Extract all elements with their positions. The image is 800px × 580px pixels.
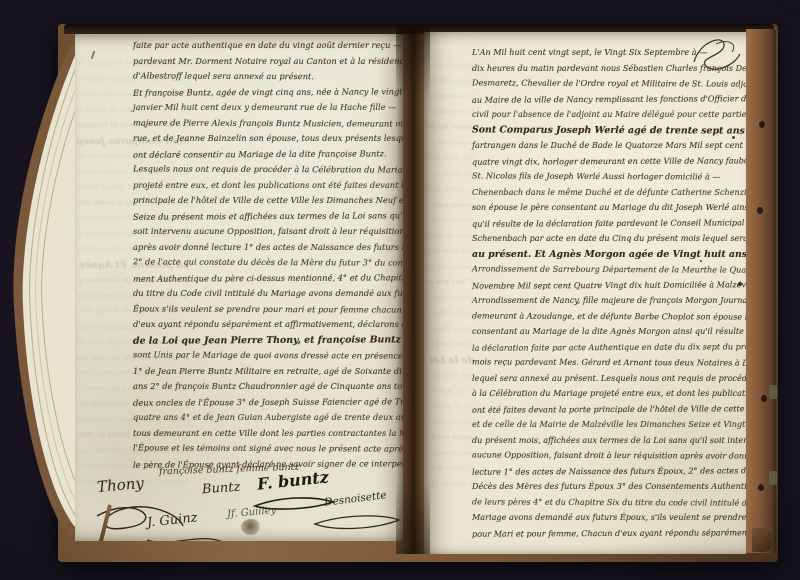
manuscript-line: Arrondissement de Sarrebourg Département… bbox=[472, 261, 746, 278]
ghost-line: après avoir donné lecture 1° des actes d… bbox=[428, 260, 474, 276]
manuscript-line: faite par acte authentique en date du vi… bbox=[133, 38, 401, 54]
binding-hole bbox=[758, 484, 764, 491]
ghost-line: d'Albestroff lequel sera annexé au prése… bbox=[428, 89, 474, 105]
ghost-line: majeure de Pierre Alexis françois Buntz … bbox=[428, 135, 474, 151]
left-page: L'An Mil huit cent vingt sept, le Vingt … bbox=[75, 34, 403, 541]
ghost-line: projeté entre eux, et dont les publicati… bbox=[428, 198, 474, 214]
manuscript-line: dix heures du matin pardevant nous Sébas… bbox=[472, 61, 746, 77]
ghost-line: Époux s'ils veulent se prendre pour mari… bbox=[428, 321, 474, 337]
ghost-line: le père de l'Épouse ayant déclaré ne sav… bbox=[428, 476, 474, 492]
ghost-line: Et françoise Buntz, agée de vingt cinq a… bbox=[428, 104, 474, 120]
binding-clasp bbox=[769, 471, 777, 485]
right-page-text: L'An Mil huit cent vingt sept, le Vingt … bbox=[472, 45, 746, 541]
manuscript-line: 2° de l'acte qui constate du décès de la… bbox=[133, 254, 401, 271]
manuscript-line: ans 2° de françois Buntz Chaudronnier ag… bbox=[133, 379, 401, 395]
ghost-line: Lesquels nous ont requis de procéder à l… bbox=[428, 182, 474, 198]
manuscript-line: du titre du Code civil intitulé du Maria… bbox=[133, 286, 401, 302]
manuscript-line: Mariage avons demandé aux futurs Époux, … bbox=[472, 510, 746, 526]
manuscript-line: mois reçu pardevant Mes. Gérard et Arnan… bbox=[472, 354, 746, 371]
ghost-line: soit intervenu aucune Opposition, faisan… bbox=[428, 244, 474, 260]
manuscript-line: d'eux ayant répondu séparément et affirm… bbox=[133, 317, 401, 333]
manuscript-line: de leurs pères 4° et du Chapitre Six du … bbox=[472, 494, 746, 511]
manuscript-line: pardevant Mr. Dorment Notaire royal au C… bbox=[133, 54, 401, 70]
manuscript-line: lequel sera annexé au présent. Lesquels … bbox=[472, 371, 746, 387]
manuscript-line: deux oncles de l'Épouse 3° de Joseph Sui… bbox=[133, 394, 401, 411]
manuscript-line: quatre vingt dix, horloger demeurant en … bbox=[472, 153, 746, 170]
binding-clasp bbox=[769, 385, 777, 399]
ghost-line: pardevant Mr. Dorment Notaire royal au C… bbox=[428, 74, 474, 90]
signature-swash-icon bbox=[145, 530, 225, 541]
ghost-line: 1° de Jean Pierre Buntz Militaire en ret… bbox=[428, 384, 474, 400]
ghost-line: ment Authentique du père ci-dessus menti… bbox=[428, 290, 474, 306]
manuscript-line: Arrondissement de Nancy, fille majeure d… bbox=[472, 293, 746, 309]
manuscript-line: demeurant à Azoudange, et de défunte Bar… bbox=[472, 308, 746, 325]
photo-stage: L'An Mil huit cent vingt sept, le Vingt … bbox=[0, 0, 800, 580]
manuscript-line: Et françoise Buntz, agée de vingt cinq a… bbox=[133, 84, 401, 101]
manuscript-line: St. Nicolas fils de Joseph Werlé Aussi h… bbox=[472, 168, 746, 185]
manuscript-line: aucune Opposition, faisant droit à leur … bbox=[472, 447, 746, 464]
manuscript-line: consentant au Mariage de la dite Agnès M… bbox=[472, 324, 746, 340]
ghost-line: d'eux ayant répondu séparément et affirm… bbox=[428, 337, 474, 353]
ghost-line: sont Unis par le Mariage de quoi avons d… bbox=[428, 368, 474, 384]
manuscript-line: soit intervenu aucune Opposition, faisan… bbox=[133, 224, 401, 240]
manuscript-line: du présent mois, affichées aux termes de… bbox=[472, 433, 746, 449]
manuscript-line: d'Albestroff lequel sera annexé au prése… bbox=[133, 68, 401, 85]
manuscript-line: Décès des Mères des futurs Époux 3° des … bbox=[472, 479, 746, 495]
signature-buntz: Buntz bbox=[202, 480, 241, 498]
signature-guinz: J. Guinz bbox=[146, 510, 198, 530]
ghost-line: faite par acte authentique en date du vi… bbox=[428, 58, 474, 74]
binding-hole bbox=[759, 121, 765, 128]
manuscript-line: la déclaration faite par acte Authentiqu… bbox=[472, 339, 746, 356]
manuscript-line: de la Loi que Jean Pierre Thony, et fran… bbox=[133, 332, 401, 349]
manuscript-line: ment Authentique du père ci-dessus menti… bbox=[133, 270, 401, 287]
ghost-line: de la Loi que Jean Pierre Thony, et fran… bbox=[428, 352, 474, 368]
manuscript-line: au Maire de la ville de Nancy remplissan… bbox=[472, 91, 746, 108]
book-binding-right-edge bbox=[746, 29, 776, 553]
manuscript-line: sont Unis par le Mariage de quoi avons d… bbox=[133, 347, 401, 364]
manuscript-line: rue, et de Jeanne Bainzelin son épouse, … bbox=[133, 131, 401, 147]
manuscript-line: Chenenbach dans le même Duché et de défu… bbox=[472, 185, 746, 201]
manuscript-line: ont été faites devant la porte principal… bbox=[472, 401, 746, 418]
manuscript-line: civil pour l'absence de l'adjoint au Mai… bbox=[472, 107, 746, 123]
manuscript-line: fartrangen dans le Duché de Bade le Quat… bbox=[472, 138, 746, 154]
ghost-line: 2° de l'acte qui constate du décès de la… bbox=[428, 275, 474, 291]
manuscript-line: Époux s'ils veulent se prendre pour mari… bbox=[133, 301, 401, 318]
ghost-line: deux oncles de l'Épouse 3° de Joseph Sui… bbox=[428, 414, 474, 430]
manuscript-line: au présent. Et Agnès Morgon agée de Ving… bbox=[472, 247, 746, 263]
manuscript-line: lecture 1° des actes de Naissance des fu… bbox=[472, 463, 746, 480]
manuscript-line: et de celle de la Mairie de Malzéville l… bbox=[472, 417, 746, 433]
manuscript-line: à la Célébration du Mariage projeté entr… bbox=[472, 386, 746, 402]
left-page-text: faite par acte authentique en date du vi… bbox=[133, 38, 401, 472]
manuscript-line: Seize du présent mois et affichées aux t… bbox=[133, 208, 401, 225]
manuscript-line: quatre ans 4° et de Jean Guian Aubergist… bbox=[133, 410, 401, 426]
signature-desnoisette: Desnoisette bbox=[324, 489, 388, 509]
ghost-line: ans 2° de françois Buntz Chaudronnier ag… bbox=[428, 399, 474, 415]
manuscript-line: son épouse le père consentant au Mariage… bbox=[472, 200, 746, 216]
ink-blot bbox=[241, 519, 261, 535]
manuscript-line: principale de l'hôtel de Ville de cette … bbox=[133, 193, 401, 209]
signature-guilley: Jf. Guilley bbox=[227, 505, 277, 520]
manuscript-line: janvier Mil huit cent deux y demeurant r… bbox=[133, 100, 401, 116]
signature-thony: Thony bbox=[96, 474, 144, 496]
ink-speck bbox=[732, 136, 735, 139]
manuscript-line: projeté entre eux, et dont les publicati… bbox=[133, 178, 401, 194]
ghost-line: du titre du Code civil intitulé du Maria… bbox=[428, 306, 474, 322]
right-page-bleedthrough: faite par acte authentique en date du vi… bbox=[428, 58, 474, 528]
manuscript-line: Desmaretz, Chevalier de l'Ordre royal et… bbox=[472, 75, 746, 92]
margin-pen-tick bbox=[91, 51, 95, 59]
ink-speck bbox=[700, 260, 702, 262]
manuscript-line: Novembre Mil sept cent Quatre Vingt dix … bbox=[472, 277, 746, 294]
manuscript-line: après avoir donné lecture 1° des actes d… bbox=[133, 240, 401, 256]
right-page: faite par acte authentique en date du vi… bbox=[424, 32, 746, 554]
binding-hole bbox=[757, 207, 763, 214]
manuscript-line: l'Épouse et les témoins ont signé avec n… bbox=[133, 440, 401, 457]
manuscript-line: 1° de Jean Pierre Buntz Militaire en ret… bbox=[133, 364, 401, 380]
manuscript-line: tous demeurant en cette Ville dont les p… bbox=[133, 426, 401, 442]
manuscript-line: Sont Comparus Joseph Werlé agé de trente… bbox=[472, 122, 746, 139]
ghost-line: tous demeurant en cette Ville dont les p… bbox=[428, 446, 474, 462]
ghost-line: rue, et de Jeanne Bainzelin son épouse, … bbox=[428, 151, 474, 167]
manuscript-line: Schenenbach par acte en date du Cinq du … bbox=[472, 231, 746, 247]
ghost-line: janvier Mil huit cent deux y demeurant r… bbox=[428, 120, 474, 136]
ink-speck bbox=[738, 282, 742, 286]
ghost-line: principale de l'hôtel de Ville de cette … bbox=[428, 213, 474, 229]
manuscript-line: ont déclaré consentir au Mariage de la d… bbox=[133, 146, 401, 163]
manuscript-line: majeure de Pierre Alexis françois Buntz … bbox=[133, 115, 401, 132]
manuscript-line: pour Mari et pour femme, Chacun d'eux ay… bbox=[472, 525, 746, 542]
paper-sliver bbox=[98, 504, 112, 541]
ghost-line: ont déclaré consentir au Mariage de la d… bbox=[428, 166, 474, 182]
binding-hole bbox=[761, 395, 767, 402]
ghost-line: l'Épouse et les témoins ont signé avec n… bbox=[428, 461, 474, 477]
cover-corner-curl bbox=[752, 528, 772, 552]
manuscript-line: L'An Mil huit cent vingt sept, le Vingt … bbox=[472, 45, 746, 61]
ghost-line: quatre ans 4° et de Jean Guian Aubergist… bbox=[428, 430, 474, 446]
ghost-line: Seize du présent mois et affichées aux t… bbox=[428, 228, 474, 244]
signature-swash-icon bbox=[313, 512, 401, 534]
manuscript-line: Lesquels nous ont requis de procéder à l… bbox=[133, 161, 401, 178]
manuscript-line: qu'il résulte de la déclaration faite pa… bbox=[472, 215, 746, 232]
